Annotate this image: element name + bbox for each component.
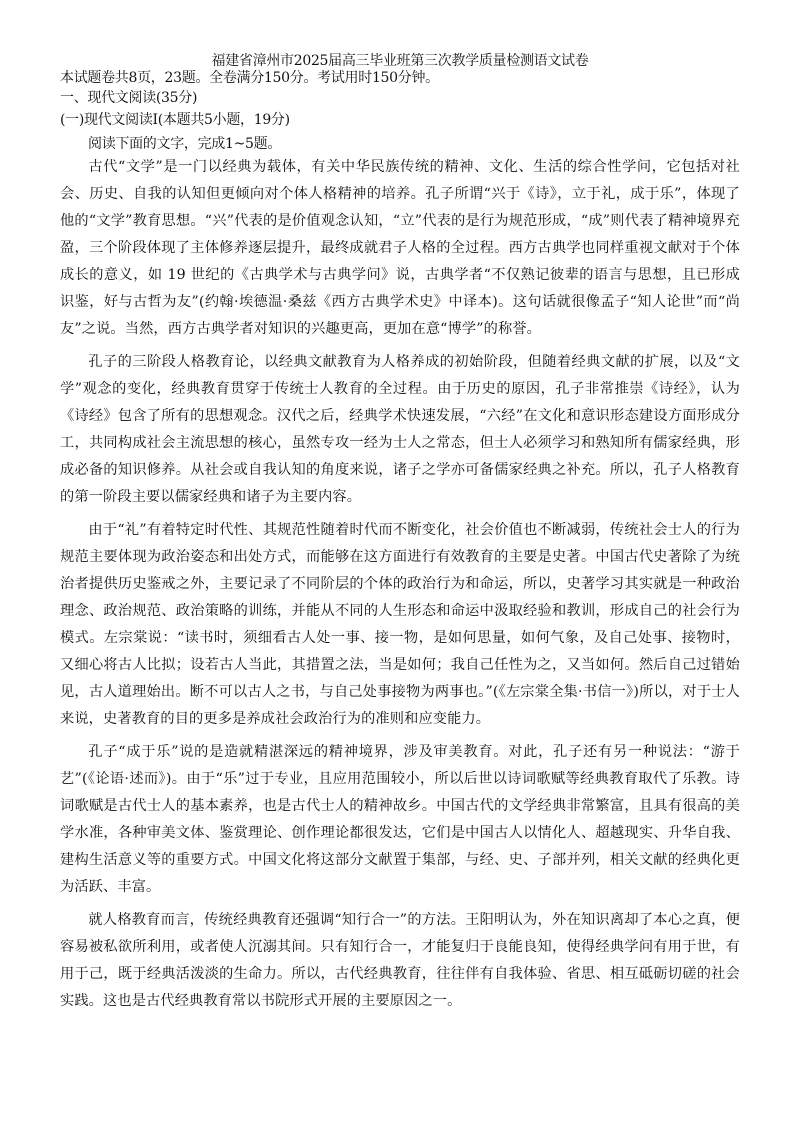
section-heading: 一、现代文阅读(35分) — [60, 89, 197, 107]
passage-paragraph: 孔子的三阶段人格教育论，以经典文献教育为人格养成的初始阶段，但随着经典文献的扩展… — [60, 349, 740, 511]
exam-title: 福建省漳州市2025届高三毕业班第三次教学质量检测语文试卷 — [0, 52, 800, 70]
exam-meta-info: 本试题卷共8页，23题。全卷满分150分。考试用时150分钟。 — [60, 69, 439, 87]
passage-paragraph: 孔子“成于乐”说的是造就精湛深远的精神境界，涉及审美教育。对此，孔子还有另一种说… — [60, 739, 740, 901]
exam-page: 福建省漳州市2025届高三毕业班第三次教学质量检测语文试卷 本试题卷共8页，23… — [0, 0, 800, 1131]
reading-passage: 古代“文学”是一门以经典为载体，有关中华民族传统的精神、文化、生活的综合性学问，… — [60, 154, 740, 1021]
reading-instruction: 阅读下面的文字，完成1~5题。 — [88, 135, 281, 153]
passage-paragraph: 就人格教育而言，传统经典教育还强调“知行合一”的方法。王阳明认为，外在知识离却了… — [60, 907, 740, 1015]
passage-paragraph: 由于“礼”有着特定时代性、其规范性随着时代而不断变化，社会价值也不断减弱，传统社… — [60, 517, 740, 733]
subsection-heading: (一)现代文阅读Ⅰ(本题共5小题，19分) — [60, 111, 290, 129]
passage-paragraph: 古代“文学”是一门以经典为载体，有关中华民族传统的精神、文化、生活的综合性学问，… — [60, 154, 740, 343]
